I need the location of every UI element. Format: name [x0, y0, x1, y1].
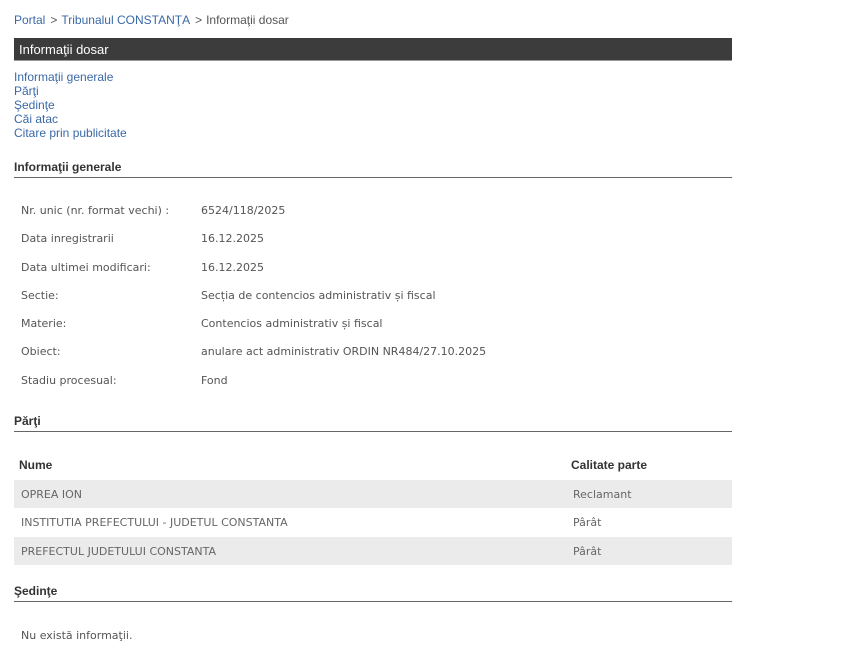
info-row: Materie: Contencios administrativ și fis…: [21, 317, 721, 345]
breadcrumb: Portal>Tribunalul CONSTANŢA>Informaţii d…: [14, 13, 289, 27]
info-row: Sectie: Secția de contencios administrat…: [21, 289, 721, 317]
info-label: Sectie:: [21, 289, 59, 302]
parti-table: Nume Calitate parte OPREA ION Reclamant …: [14, 452, 732, 565]
info-label: Obiect:: [21, 345, 61, 358]
info-value: 6524/118/2025: [201, 204, 285, 217]
nav-link-parti[interactable]: Părţi: [14, 84, 127, 98]
section-heading-general: Informaţii generale: [14, 159, 732, 178]
breadcrumb-portal-link[interactable]: Portal: [14, 13, 45, 27]
party-name: OPREA ION: [21, 488, 82, 501]
breadcrumb-separator: >: [50, 13, 57, 27]
info-label: Materie:: [21, 317, 66, 330]
section-heading-text: Informaţii generale: [14, 160, 121, 174]
column-header-nume: Nume: [19, 458, 52, 472]
info-value: 16.12.2025: [201, 232, 264, 245]
page-title: Informaţii dosar: [19, 42, 109, 57]
table-row: OPREA ION Reclamant: [14, 480, 732, 508]
info-row: Obiect: anulare act administrativ ORDIN …: [21, 345, 721, 373]
breadcrumb-current: Informaţii dosar: [206, 13, 289, 27]
party-role: Pârât: [573, 545, 601, 558]
sedinte-empty-message: Nu există informaţii.: [21, 629, 132, 642]
column-header-calitate-parte: Calitate parte: [571, 458, 647, 472]
info-value: Secția de contencios administrativ și fi…: [201, 289, 436, 302]
general-info-table: Nr. unic (nr. format vechi) : 6524/118/2…: [21, 204, 721, 402]
nav-link-sedinte[interactable]: Şedinţe: [14, 98, 127, 112]
info-value: 16.12.2025: [201, 261, 264, 274]
party-name: INSTITUTIA PREFECTULUI - JUDETUL CONSTAN…: [21, 516, 288, 529]
info-value: Contencios administrativ și fiscal: [201, 317, 383, 330]
table-header: Nume Calitate parte: [14, 452, 732, 480]
party-role: Pârât: [573, 516, 601, 529]
info-row: Nr. unic (nr. format vechi) : 6524/118/2…: [21, 204, 721, 232]
info-label: Data inregistrarii: [21, 232, 114, 245]
info-label: Nr. unic (nr. format vechi) :: [21, 204, 169, 217]
section-heading-text: Şedinţe: [14, 584, 57, 598]
party-name: PREFECTUL JUDETULUI CONSTANTA: [21, 545, 216, 558]
nav-link-citare-prin-publicitate[interactable]: Citare prin publicitate: [14, 126, 127, 140]
breadcrumb-separator: >: [195, 13, 202, 27]
info-label: Data ultimei modificari:: [21, 261, 151, 274]
info-value: Fond: [201, 374, 228, 387]
table-row: PREFECTUL JUDETULUI CONSTANTA Pârât: [14, 537, 732, 565]
nav-link-cai-atac[interactable]: Căi atac: [14, 112, 127, 126]
section-heading-parti: Părţi: [14, 413, 732, 432]
party-role: Reclamant: [573, 488, 632, 501]
info-label: Stadiu procesual:: [21, 374, 117, 387]
nav-link-informatii-generale[interactable]: Informaţii generale: [14, 70, 127, 84]
section-nav: Informaţii generale Părţi Şedinţe Căi at…: [14, 70, 127, 140]
info-row: Data ultimei modificari: 16.12.2025: [21, 261, 721, 289]
section-heading-sedinte: Şedinţe: [14, 583, 732, 602]
title-bar: Informaţii dosar: [14, 38, 732, 61]
breadcrumb-tribunal-link[interactable]: Tribunalul CONSTANŢA: [61, 13, 190, 27]
table-row: INSTITUTIA PREFECTULUI - JUDETUL CONSTAN…: [14, 508, 732, 536]
info-value: anulare act administrativ ORDIN NR484/27…: [201, 345, 486, 358]
section-heading-text: Părţi: [14, 414, 41, 428]
info-row: Stadiu procesual: Fond: [21, 374, 721, 402]
info-row: Data inregistrarii 16.12.2025: [21, 232, 721, 260]
